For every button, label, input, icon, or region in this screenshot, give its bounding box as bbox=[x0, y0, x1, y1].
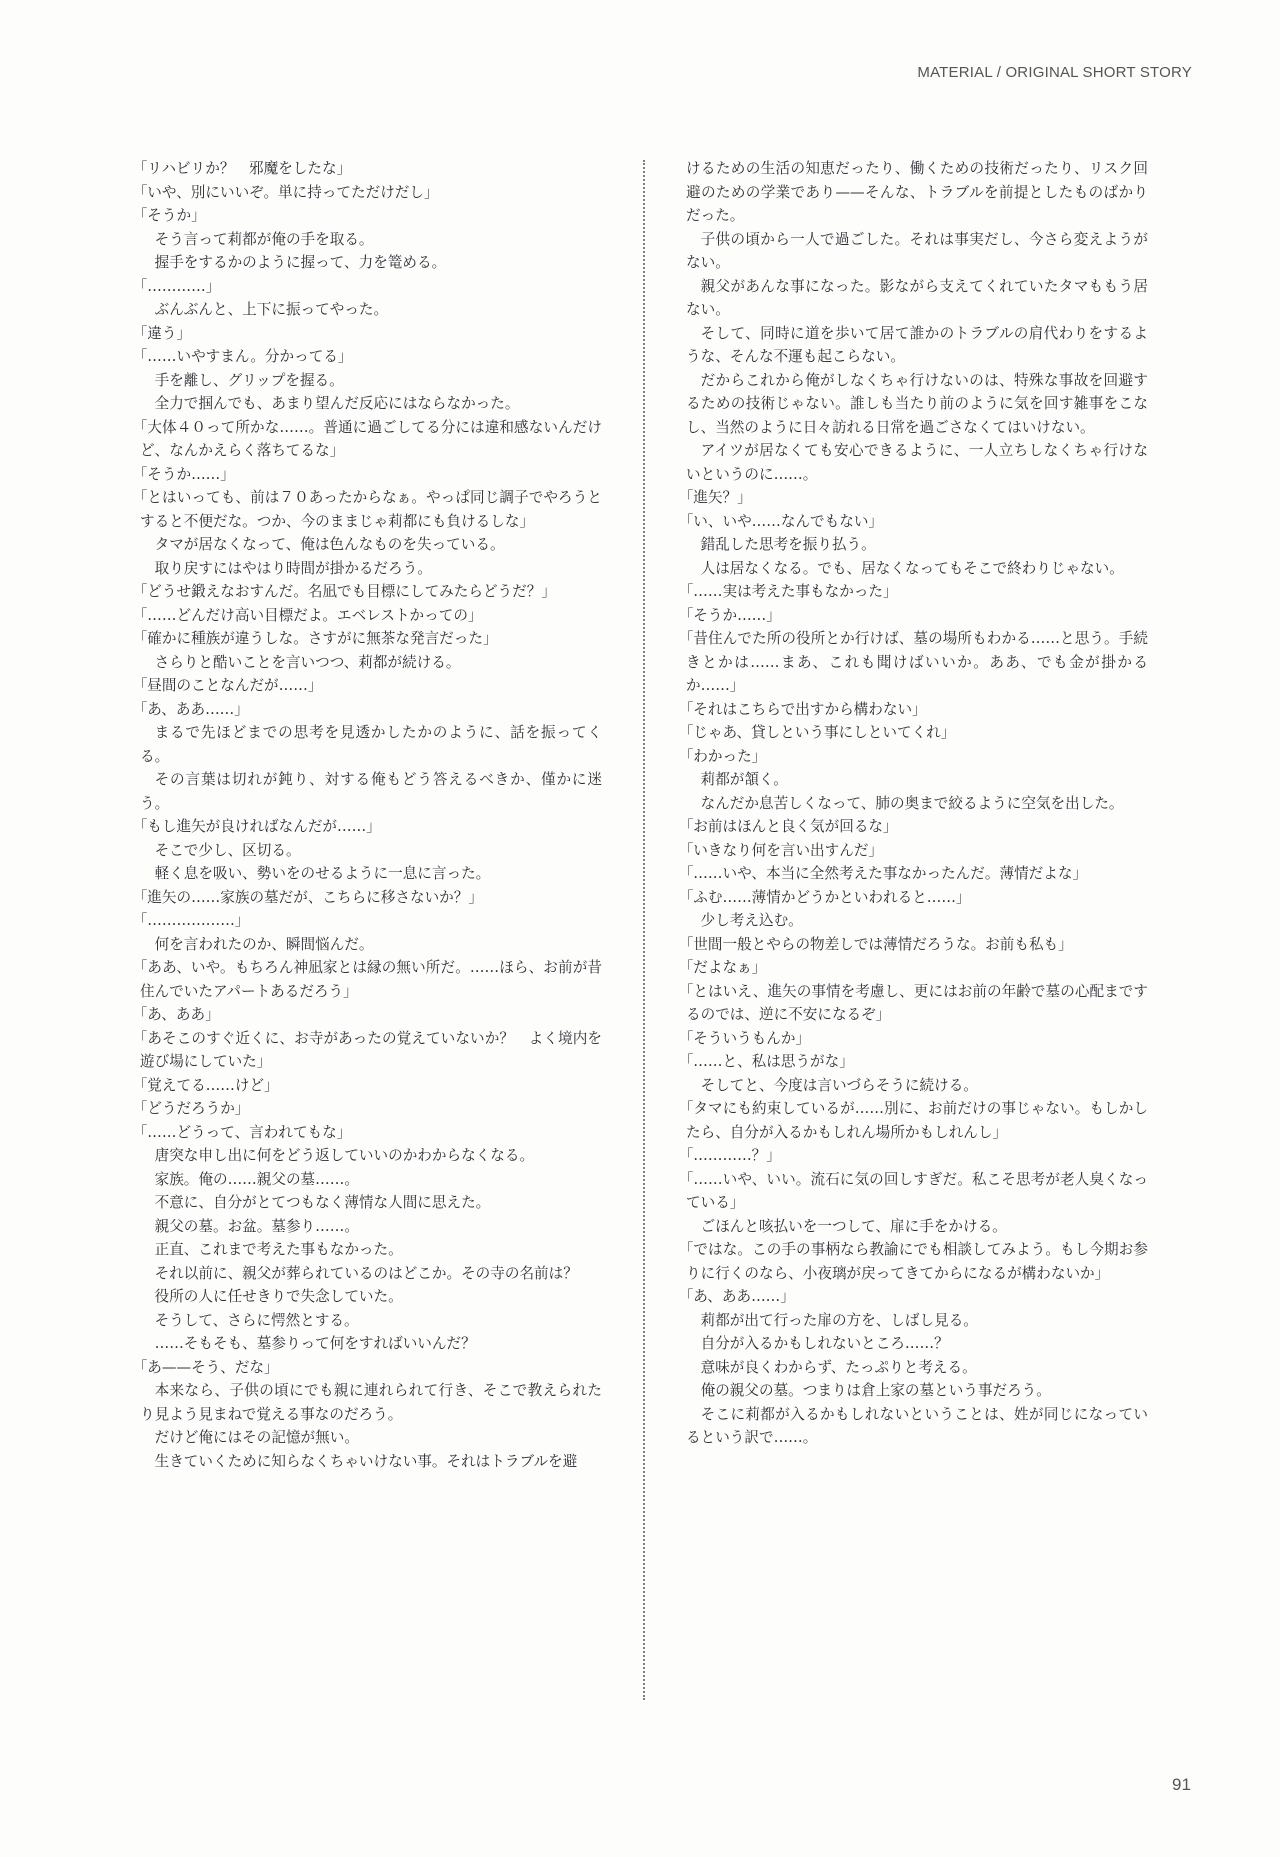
narration-paragraph: 不意に、自分がとてつもなく薄情な人間に思えた。 bbox=[140, 1191, 602, 1215]
narration-paragraph: 親父があんな事になった。影ながら支えてくれていたタマももう居ない。 bbox=[686, 275, 1148, 322]
dialogue-line: 「……いや、いい。流石に気の回しすぎだ。私こそ思考が老人臭くなっている」 bbox=[686, 1168, 1148, 1215]
dialogue-line: 「……と、私は思うがな」 bbox=[686, 1050, 1148, 1074]
narration-paragraph: 莉都が頷く。 bbox=[686, 768, 1148, 792]
narration-paragraph: それ以前に、親父が葬られているのはどこか。その寺の名前は？ bbox=[140, 1262, 602, 1286]
narration-paragraph: 全力で掴んでも、あまり望んだ反応にはならなかった。 bbox=[140, 392, 602, 416]
dialogue-line: 「あ、ああ……」 bbox=[140, 698, 602, 722]
dialogue-line: 「とはいえ、進矢の事情を考慮し、更にはお前の年齢で墓の心配までするのでは、逆に不… bbox=[686, 980, 1148, 1027]
narration-paragraph: 俺の親父の墓。つまりは倉上家の墓という事だろう。 bbox=[686, 1379, 1148, 1403]
dialogue-line: 「もし進矢が良ければなんだが……」 bbox=[140, 815, 602, 839]
narration-paragraph: 正直、これまで考えた事もなかった。 bbox=[140, 1238, 602, 1262]
narration-paragraph: そしてと、今度は言いづらそうに続ける。 bbox=[686, 1074, 1148, 1098]
dialogue-line: 「いきなり何を言い出すんだ」 bbox=[686, 839, 1148, 863]
narration-paragraph: 家族。俺の……親父の墓……。 bbox=[140, 1168, 602, 1192]
dialogue-line: 「そうか……」 bbox=[686, 604, 1148, 628]
dialogue-line: 「そうか」 bbox=[140, 204, 602, 228]
narration-paragraph: 錯乱した思考を振り払う。 bbox=[686, 533, 1148, 557]
narration-paragraph: 生きていくために知らなくちゃいけない事。それはトラブルを避 bbox=[140, 1450, 602, 1474]
dialogue-line: 「進矢の……家族の墓だが、こちらに移さないか？」 bbox=[140, 886, 602, 910]
dialogue-line: 「あ、ああ……」 bbox=[686, 1285, 1148, 1309]
dialogue-line: 「……いやすまん。分かってる」 bbox=[140, 345, 602, 369]
text-column-right: けるための生活の知恵だったり、働くための技術だったり、リスク回避のための学業であ… bbox=[686, 157, 1148, 1450]
dialogue-line: 「……実は考えた事もなかった」 bbox=[686, 580, 1148, 604]
dialogue-line: 「それはこちらで出すから構わない」 bbox=[686, 698, 1148, 722]
dialogue-line: 「確かに種族が違うしな。さすがに無茶な発言だった」 bbox=[140, 627, 602, 651]
narration-paragraph: そこに莉都が入るかもしれないということは、姓が同じになっているという訳で……。 bbox=[686, 1403, 1148, 1450]
dialogue-line: 「じゃあ、貸しという事にしといてくれ」 bbox=[686, 721, 1148, 745]
narration-paragraph: その言葉は切れが鈍り、対する俺もどう答えるべきか、僅かに迷う。 bbox=[140, 768, 602, 815]
narration-paragraph: 軽く息を吸い、勢いをのせるように一息に言った。 bbox=[140, 862, 602, 886]
dialogue-line: 「ふむ……薄情かどうかといわれると……」 bbox=[686, 886, 1148, 910]
narration-paragraph: 親父の墓。お盆。墓参り……。 bbox=[140, 1215, 602, 1239]
narration-paragraph: だからこれから俺がしなくちゃ行けないのは、特殊な事故を回避するための技術じゃない… bbox=[686, 369, 1148, 440]
narration-paragraph: ごほんと咳払いを一つして、扉に手をかける。 bbox=[686, 1215, 1148, 1239]
dialogue-line: 「……いや、本当に全然考えた事なかったんだ。薄情だよな」 bbox=[686, 862, 1148, 886]
dialogue-line: 「違う」 bbox=[140, 322, 602, 346]
narration-paragraph: 人は居なくなる。でも、居なくなってもそこで終わりじゃない。 bbox=[686, 557, 1148, 581]
narration-paragraph: まるで先ほどまでの思考を見透かしたかのように、話を振ってくる。 bbox=[140, 721, 602, 768]
dialogue-line: 「世間一般とやらの物差しでは薄情だろうな。お前も私も」 bbox=[686, 933, 1148, 957]
dialogue-line: 「あ、ああ」 bbox=[140, 1003, 602, 1027]
dialogue-line: 「覚えてる……けど」 bbox=[140, 1074, 602, 1098]
section-header: MATERIAL / ORIGINAL SHORT STORY bbox=[917, 64, 1192, 81]
dialogue-line: 「そういうもんか」 bbox=[686, 1027, 1148, 1051]
narration-paragraph: そうして、さらに愕然とする。 bbox=[140, 1309, 602, 1333]
narration-paragraph: タマが居なくなって、俺は色んなものを失っている。 bbox=[140, 533, 602, 557]
dialogue-line: 「どうだろうか」 bbox=[140, 1097, 602, 1121]
narration-paragraph: そこで少し、区切る。 bbox=[140, 839, 602, 863]
dialogue-line: 「とはいっても、前は７０あったからなぁ。やっぱ同じ調子でやろうとすると不便だな。… bbox=[140, 486, 602, 533]
narration-paragraph: ぶんぶんと、上下に振ってやった。 bbox=[140, 298, 602, 322]
text-column-left: 「リハビリか？ 邪魔をしたな」「いや、別にいいぞ。単に持ってただけだし」「そうか… bbox=[140, 157, 602, 1473]
narration-paragraph: 唐突な申し出に何をどう返していいのかわからなくなる。 bbox=[140, 1144, 602, 1168]
narration-paragraph: アイツが居なくても安心できるように、一人立ちしなくちゃ行けないというのに……。 bbox=[686, 439, 1148, 486]
dialogue-line: 「いや、別にいいぞ。単に持ってただけだし」 bbox=[140, 181, 602, 205]
dialogue-line: 「あ——そう、だな」 bbox=[140, 1356, 602, 1380]
dialogue-line: 「………………」 bbox=[140, 909, 602, 933]
dialogue-line: 「だよなぁ」 bbox=[686, 956, 1148, 980]
narration-paragraph: 握手をするかのように握って、力を篭める。 bbox=[140, 251, 602, 275]
narration-paragraph: 本来なら、子供の頃にでも親に連れられて行き、そこで教えられたり見よう見まねで覚え… bbox=[140, 1379, 602, 1426]
dialogue-line: 「わかった」 bbox=[686, 745, 1148, 769]
dialogue-line: 「…………？」 bbox=[686, 1144, 1148, 1168]
narration-paragraph: なんだか息苦しくなって、肺の奥まで絞るように空気を出した。 bbox=[686, 792, 1148, 816]
narration-paragraph: そして、同時に道を歩いて居て誰かのトラブルの肩代わりをするような、そんな不運も起… bbox=[686, 322, 1148, 369]
dialogue-line: 「ではな。この手の事柄なら教諭にでも相談してみよう。もし今期お参りに行くのなら、… bbox=[686, 1238, 1148, 1285]
narration-paragraph: さらりと酷いことを言いつつ、莉都が続ける。 bbox=[140, 651, 602, 675]
dialogue-line: 「昼間のことなんだが……」 bbox=[140, 674, 602, 698]
page-number: 91 bbox=[1172, 1775, 1191, 1795]
narration-paragraph: 莉都が出て行った扉の方を、しばし見る。 bbox=[686, 1309, 1148, 1333]
narration-paragraph: そう言って莉都が俺の手を取る。 bbox=[140, 228, 602, 252]
dialogue-line: 「……どんだけ高い目標だよ。エベレストかっての」 bbox=[140, 604, 602, 628]
dialogue-line: 「お前はほんと良く気が回るな」 bbox=[686, 815, 1148, 839]
column-divider bbox=[643, 160, 645, 1700]
narration-paragraph: 子供の頃から一人で過ごした。それは事実だし、今さら変えようがない。 bbox=[686, 228, 1148, 275]
dialogue-line: 「どうせ鍛えなおすんだ。名凪でも目標にしてみたらどうだ？」 bbox=[140, 580, 602, 604]
narration-paragraph: 取り戻すにはやはり時間が掛かるだろう。 bbox=[140, 557, 602, 581]
dialogue-line: 「タマにも約束しているが……別に、お前だけの事じゃない。もしかしたら、自分が入る… bbox=[686, 1097, 1148, 1144]
dialogue-line: 「大体４０って所かな……。普通に過ごしてる分には違和感ないんだけど、なんかえらく… bbox=[140, 416, 602, 463]
narration-paragraph: だけど俺にはその記憶が無い。 bbox=[140, 1426, 602, 1450]
dialogue-line: 「…………」 bbox=[140, 275, 602, 299]
dialogue-line: 「進矢？」 bbox=[686, 486, 1148, 510]
narration-paragraph: 手を離し、グリップを握る。 bbox=[140, 369, 602, 393]
dialogue-line: 「あそこのすぐ近くに、お寺があったの覚えていないか？ よく境内を遊び場にしていた… bbox=[140, 1027, 602, 1074]
narration-paragraph: 少し考え込む。 bbox=[686, 909, 1148, 933]
narration-paragraph: けるための生活の知恵だったり、働くための技術だったり、リスク回避のための学業であ… bbox=[686, 157, 1148, 228]
dialogue-line: 「ああ、いや。もちろん神凪家とは縁の無い所だ。……ほら、お前が昔住んでいたアパー… bbox=[140, 956, 602, 1003]
dialogue-line: 「……どうって、言われてもな」 bbox=[140, 1121, 602, 1145]
narration-paragraph: 役所の人に任せきりで失念していた。 bbox=[140, 1285, 602, 1309]
dialogue-line: 「そうか……」 bbox=[140, 463, 602, 487]
dialogue-line: 「昔住んでた所の役所とか行けば、墓の場所もわかる……と思う。手続きとかは……まあ… bbox=[686, 627, 1148, 698]
narration-paragraph: ……そもそも、墓参りって何をすればいいんだ？ bbox=[140, 1332, 602, 1356]
dialogue-line: 「リハビリか？ 邪魔をしたな」 bbox=[140, 157, 602, 181]
dialogue-line: 「い、いや……なんでもない」 bbox=[686, 510, 1148, 534]
narration-paragraph: 何を言われたのか、瞬間悩んだ。 bbox=[140, 933, 602, 957]
narration-paragraph: 自分が入るかもしれないところ……？ bbox=[686, 1332, 1148, 1356]
narration-paragraph: 意味が良くわからず、たっぷりと考える。 bbox=[686, 1356, 1148, 1380]
